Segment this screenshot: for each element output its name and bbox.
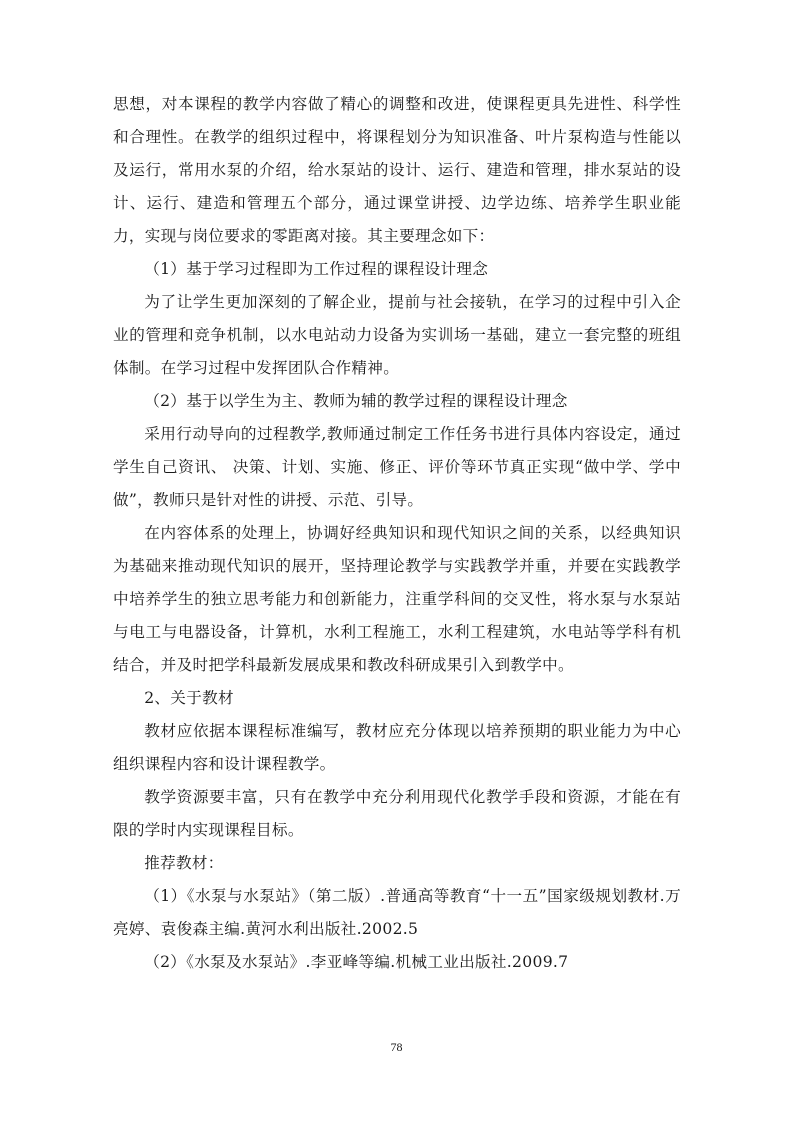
subheading-concept-1: （1）基于学习过程即为工作过程的课程设计理念 bbox=[113, 253, 681, 286]
section-heading-textbooks: 2、关于教材 bbox=[113, 682, 681, 715]
paragraph-concept-2: 采用行动导向的过程教学,教师通过制定工作任务书进行具体内容设定，通过学生自己资讯… bbox=[113, 418, 681, 517]
paragraph-teaching-resources: 教学资源要丰富，只有在教学中充分利用现代化教学手段和资源，才能在有限的学时内实现… bbox=[113, 781, 681, 847]
paragraph-textbook-compilation: 教材应依据本课程标准编写，教材应充分体现以培养预期的职业能力为中心组织课程内容和… bbox=[113, 715, 681, 781]
paragraph-intro-continuation: 思想，对本课程的教学内容做了精心的调整和改进，使课程更具先进性、科学性和合理性。… bbox=[113, 88, 681, 253]
paragraph-concept-1: 为了让学生更加深刻的了解企业，提前与社会接轨，在学习的过程中引入企业的管理和竞争… bbox=[113, 286, 681, 385]
recommended-textbooks-label: 推荐教材： bbox=[113, 847, 681, 880]
textbook-reference-1: （1）《水泵与水泵站》（第二版）.普通高等教育“十一五”国家级规划教材.万亮婷、… bbox=[113, 880, 681, 946]
paragraph-content-system: 在内容体系的处理上，协调好经典知识和现代知识之间的关系，以经典知识为基础来推动现… bbox=[113, 517, 681, 682]
page-number: 78 bbox=[0, 1040, 793, 1055]
subheading-concept-2: （2）基于以学生为主、教师为辅的教学过程的课程设计理念 bbox=[113, 385, 681, 418]
document-page: 思想，对本课程的教学内容做了精心的调整和改进，使课程更具先进性、科学性和合理性。… bbox=[113, 88, 681, 979]
textbook-reference-2: （2）《水泵及水泵站》.李亚峰等编.机械工业出版社.2009.7 bbox=[113, 946, 681, 979]
